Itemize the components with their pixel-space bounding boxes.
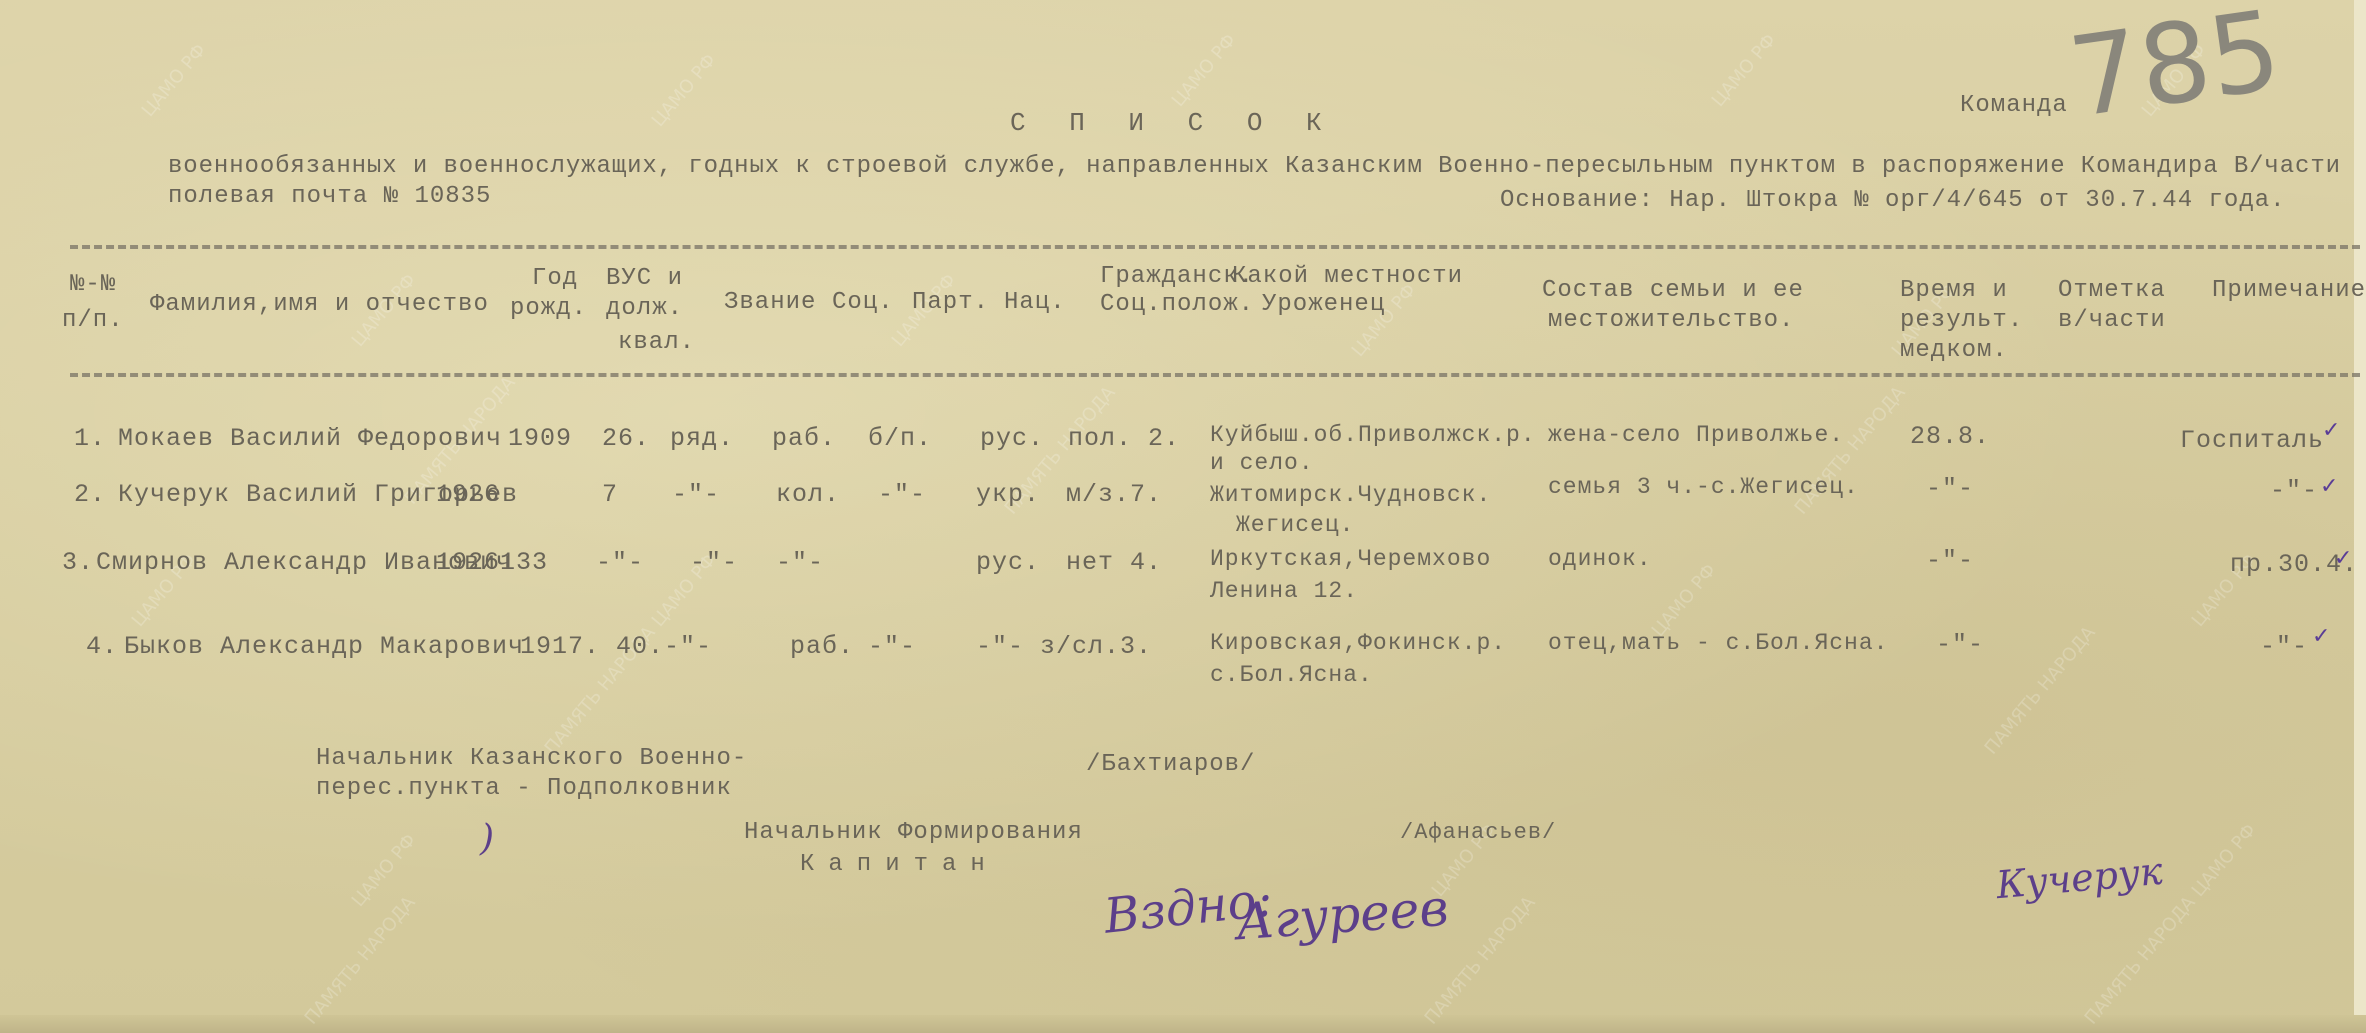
row-vus: 133 bbox=[500, 548, 548, 577]
field-post-number: полевая почта № 10835 bbox=[168, 182, 491, 212]
row-family: одинок. bbox=[1548, 546, 1652, 572]
watermark: ЦАМО РФ bbox=[138, 40, 211, 121]
team-number-handwritten: 785 bbox=[2062, 0, 2288, 142]
header-vus-l2: долж. bbox=[606, 294, 683, 324]
checkmark-icon: ✓ bbox=[2334, 546, 2352, 571]
ink-mark: ) bbox=[480, 818, 494, 859]
watermark: ПАМЯТЬ НАРОДА bbox=[2081, 892, 2200, 1028]
header-origin-l2: Уроженец bbox=[1262, 290, 1385, 320]
chief-title-line-2: перес.пункта - Подполковник bbox=[316, 774, 732, 804]
staff-title-line-1: Начальник Формирования bbox=[744, 818, 1083, 848]
header-nationality: Нац. bbox=[1004, 288, 1066, 318]
row-family: отец,мать - с.Бол.Ясна. bbox=[1548, 630, 1888, 656]
row-nationality: укр. bbox=[976, 480, 1040, 509]
watermark: ЦАМО РФ bbox=[2188, 820, 2261, 901]
rule-header-bottom bbox=[70, 373, 2360, 377]
row-rank: -"- bbox=[596, 548, 644, 577]
row-civil: м/з.7. bbox=[1066, 480, 1162, 509]
row-year: 1926 bbox=[436, 480, 500, 509]
header-civil-l1: Гражданск. bbox=[1100, 262, 1254, 292]
row-party: -"- bbox=[878, 480, 926, 509]
row-party: -"- bbox=[868, 632, 916, 661]
row-note: -"- bbox=[2270, 476, 2318, 505]
header-unit-mark-l1: Отметка bbox=[2058, 276, 2166, 306]
row-medcom: -"- bbox=[1936, 630, 1984, 659]
row-family: семья 3 ч.-с.Жегисец. bbox=[1548, 474, 1859, 500]
row-rank: -"- bbox=[672, 480, 720, 509]
row-civil: з/сл.3. bbox=[1040, 632, 1152, 661]
row-social: раб. bbox=[772, 424, 836, 453]
header-year-l1: Год bbox=[532, 264, 578, 294]
row-party: б/п. bbox=[868, 424, 932, 453]
document-page: ЦАМО РФ ЦАМО РФ ЦАМО РФ ЦАМО РФ ЦАМО РФ … bbox=[0, 0, 2366, 1033]
staff-name: /Афанасьев/ bbox=[1400, 818, 1556, 848]
header-origin-l1: Какой местности bbox=[1232, 262, 1463, 292]
watermark: ЦАМО РФ bbox=[1708, 30, 1781, 111]
row-rank: ряд. bbox=[670, 424, 734, 453]
row-name: Быков Александр Макарович bbox=[124, 632, 524, 661]
header-medcom-l2: результ. bbox=[1900, 306, 2023, 336]
watermark: ПАМЯТЬ НАРОДА bbox=[1981, 622, 2100, 758]
row-origin-l1: Иркутская,Черемхово bbox=[1210, 546, 1491, 572]
watermark: ЦАМО РФ bbox=[1168, 30, 1241, 111]
basis-order: Основание: Нар. Штокра № орг/4/645 от 30… bbox=[1500, 186, 2286, 216]
row-origin-l1: Куйбыш.об.Приволжск.р. bbox=[1210, 422, 1536, 448]
row-party: -"- bbox=[776, 548, 824, 577]
row-origin-l2: Жегисец. bbox=[1236, 512, 1354, 538]
row-note: -"- bbox=[2260, 632, 2308, 661]
checkmark-icon: ✓ bbox=[2322, 418, 2340, 443]
header-rank: Звание bbox=[724, 288, 816, 318]
header-civil-l2: Соц.полож. bbox=[1100, 290, 1254, 320]
row-social: кол. bbox=[776, 480, 840, 509]
header-year-l2: рожд. bbox=[510, 294, 587, 324]
header-num-l1: №-№ bbox=[70, 270, 116, 300]
header-family-l1: Состав семьи и ее bbox=[1542, 276, 1804, 306]
row-vus: 7 bbox=[602, 480, 618, 509]
row-year: 1926 bbox=[436, 548, 500, 577]
row-origin-l2: и село. bbox=[1210, 450, 1314, 476]
row-name: Мокаев Василий Федорович bbox=[118, 424, 502, 453]
row-nationality: -"- bbox=[976, 632, 1024, 661]
checkmark-icon: ✓ bbox=[2312, 624, 2330, 649]
row-note: Госпиталь bbox=[2180, 426, 2324, 455]
row-vus: 40. bbox=[616, 632, 664, 661]
document-title: С П И С О К bbox=[1010, 108, 1336, 138]
row-medcom: -"- bbox=[1926, 474, 1974, 503]
subtitle-line-1: военнообязанных и военнослужащих, годных… bbox=[168, 152, 2341, 182]
row-social: -"- bbox=[690, 548, 738, 577]
row-year: 1909 bbox=[508, 424, 572, 453]
row-rank: -"- bbox=[664, 632, 712, 661]
page-edge-bottom bbox=[0, 1015, 2366, 1033]
header-unit-mark-l2: в/части bbox=[2058, 306, 2166, 336]
header-party: Парт. bbox=[912, 288, 989, 318]
header-family-l2: местожительство. bbox=[1548, 306, 1794, 336]
rule-top bbox=[70, 245, 2360, 249]
watermark: ЦАМО РФ bbox=[648, 50, 721, 131]
signature-kucheruk: Кучерук bbox=[1994, 849, 2164, 907]
checkmark-icon: ✓ bbox=[2320, 474, 2338, 499]
header-name: Фамилия,имя и отчество bbox=[150, 290, 489, 320]
header-vus-l1: ВУС и bbox=[606, 264, 683, 294]
row-family: жена-село Приволжье. bbox=[1548, 422, 1844, 448]
team-label: Команда bbox=[1960, 92, 2068, 119]
row-origin-l2: Ленина 12. bbox=[1210, 578, 1358, 604]
header-social: Соц. bbox=[832, 288, 894, 318]
row-num: 4. bbox=[86, 632, 118, 661]
staff-title-line-2: Капитан bbox=[800, 850, 999, 880]
header-note: Примечание bbox=[2212, 276, 2366, 306]
row-origin-l1: Кировская,Фокинск.р. bbox=[1210, 630, 1506, 656]
row-civil: нет 4. bbox=[1066, 548, 1162, 577]
page-edge bbox=[2354, 0, 2366, 1033]
row-vus: 26. bbox=[602, 424, 650, 453]
row-medcom: -"- bbox=[1926, 546, 1974, 575]
row-nationality: рус. bbox=[976, 548, 1040, 577]
header-num-l2: п/п. bbox=[62, 306, 124, 336]
row-civil: пол. 2. bbox=[1068, 424, 1180, 453]
header-medcom-l3: медком. bbox=[1900, 336, 2008, 366]
header-vus-l3: квал. bbox=[618, 328, 695, 358]
row-year: 1917. bbox=[520, 632, 600, 661]
chief-title-line-1: Начальник Казанского Военно- bbox=[316, 744, 747, 774]
row-social: раб. bbox=[790, 632, 854, 661]
row-num: 3. bbox=[62, 548, 94, 577]
row-num: 2. bbox=[74, 480, 106, 509]
row-medcom: 28.8. bbox=[1910, 422, 1990, 451]
chief-name: /Бахтиаров/ bbox=[1086, 750, 1255, 780]
watermark: ЦАМО РФ bbox=[1648, 560, 1721, 641]
watermark: ПАМЯТЬ НАРОДА bbox=[301, 892, 420, 1028]
row-origin-l2: с.Бол.Ясна. bbox=[1210, 662, 1373, 688]
row-nationality: рус. bbox=[980, 424, 1044, 453]
row-num: 1. bbox=[74, 424, 106, 453]
header-medcom-l1: Время и bbox=[1900, 276, 2008, 306]
row-origin-l1: Житомирск.Чудновск. bbox=[1210, 482, 1491, 508]
